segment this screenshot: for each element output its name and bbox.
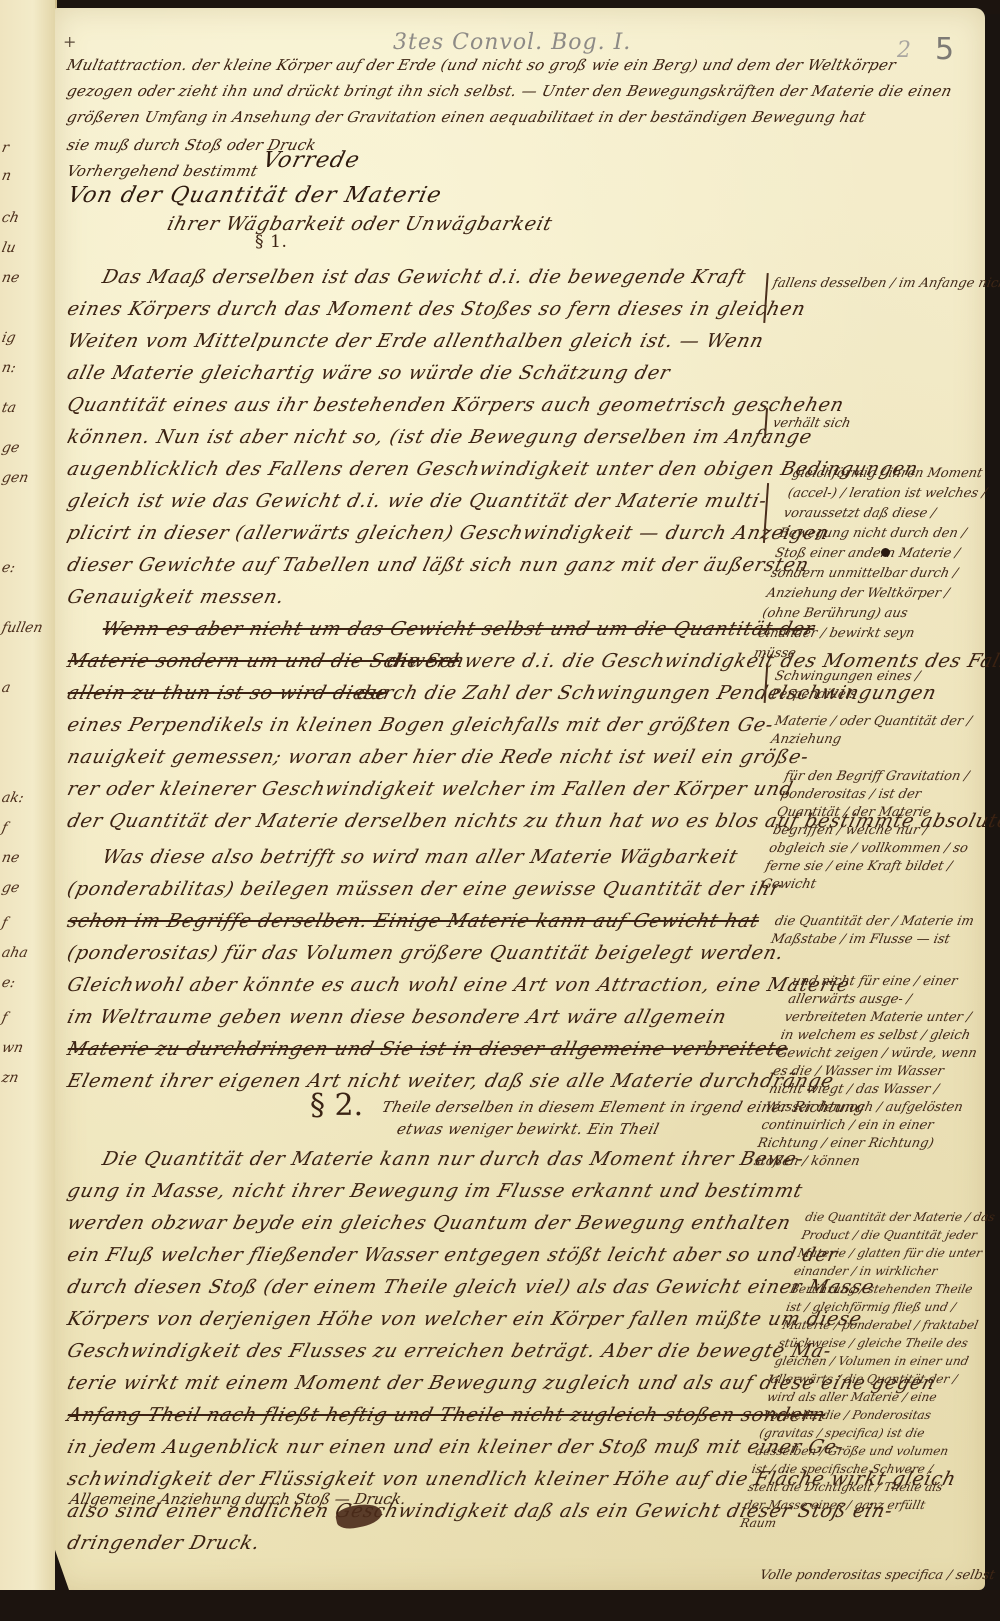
left-page-fragment: ge: [0, 880, 21, 896]
left-page-fragment: e:: [0, 975, 16, 991]
text-line: durch diesen Stoß (der einem Theile glei…: [65, 1276, 877, 1298]
text-line: nauigkeit gemessen; woran aber hier die …: [65, 746, 811, 768]
text-line: (ponderabilitas) beilegen müssen der ein…: [65, 878, 783, 900]
left-page-fragment: f: [0, 915, 9, 931]
left-page-fragment: n:: [0, 360, 17, 376]
header-line: Vorhergehend bestimmt: [65, 162, 260, 180]
left-page-fragment: ne: [0, 270, 21, 286]
left-page-fragment: n: [0, 168, 12, 184]
text-line: dieser Gewichte auf Tabellen und läßt si…: [65, 554, 812, 576]
struck-text-line: allein zu thun ist so wird diese: [65, 682, 391, 704]
text-line: Quantität eines aus ihr bestehenden Körp…: [65, 394, 847, 416]
previous-page-edge: r n ch lu ne ig n: ta ge gen e: fullen a…: [0, 0, 57, 1590]
text-line: etwas weniger bewirkt. Ein Theil: [395, 1120, 661, 1138]
left-page-fragment: ak:: [0, 790, 25, 806]
margin-note: für den Begriff Gravitation / ponderosit…: [760, 768, 987, 894]
left-page-fragment: wn: [0, 1040, 24, 1056]
left-page-fragment: a: [0, 680, 12, 696]
text-line: schon im Begriffe derselben. Einige Mate…: [65, 910, 762, 932]
left-page-fragment: ch: [0, 210, 20, 226]
left-page-fragment: ge: [0, 440, 21, 456]
text-line: Körpers von derjenigen Höhe von welcher …: [65, 1308, 864, 1330]
text-line: im Weltraume geben wenn diese besondere …: [65, 1006, 729, 1028]
left-page-fragment: aha: [0, 945, 29, 961]
text-line: werden obzwar beyde ein gleiches Quantum…: [65, 1212, 793, 1234]
left-page-fragment: gen: [0, 470, 30, 486]
left-page-fragment: r: [0, 140, 10, 156]
margin-note: verhält sich: [771, 416, 852, 431]
left-page-fragment: ta: [0, 400, 17, 416]
text-line: plicirt in dieser (allerwärts gleichen) …: [65, 522, 831, 544]
section-1-marker: § 1.: [255, 232, 288, 252]
text-line: dringender Druck.: [65, 1532, 263, 1554]
text-line: Was diese also betrifft so wird man alle…: [100, 846, 740, 868]
folio-pencil-number: 2: [897, 38, 911, 63]
ink-dot: [881, 548, 890, 557]
struck-text-line: Materie zu durchdringen und Sie ist in d…: [65, 1038, 791, 1060]
left-page-fragment: f: [0, 1010, 9, 1026]
text-line: (ponderositas) für das Volumen größere Q…: [65, 942, 786, 964]
left-page-fragment: f: [0, 820, 9, 836]
text-line: Gleichwohl aber könnte es auch wohl eine…: [65, 974, 852, 996]
margin-note: fallens desselben / im Anfange nicht im …: [771, 276, 1000, 291]
text-line: rer oder kleinerer Geschwindigkeit welch…: [65, 778, 796, 800]
left-page-fragment: ne: [0, 850, 21, 866]
margin-note: Materie / oder Quantität der / Anziehung: [769, 713, 977, 749]
closing-margin-line: Volle ponderositas specifica / selbst: [758, 1568, 996, 1583]
struck-text-line: Anfang Theil nach fließt heftig und Thei…: [65, 1404, 828, 1426]
text-line: Element ihrer eigenen Art nicht weiter, …: [65, 1070, 836, 1092]
text-line: Das Maaß derselben ist das Gewicht d.i. …: [100, 266, 748, 288]
title-line-1: Von der Quantität der Materie: [65, 183, 445, 208]
margin-note: gleichförmig / ihren Moment (accel-) / l…: [752, 464, 995, 664]
header-line: größeren Umfang in Ansehung der Gravitat…: [65, 108, 868, 126]
text-line: eines Körpers durch das Moment des Stoße…: [65, 298, 808, 320]
text-line: Geschwindigkeit des Flusses zu erreichen…: [65, 1340, 834, 1362]
text-line: alle Materie gleichartig wäre so würde d…: [65, 362, 673, 384]
struck-text-line: Wenn es aber nicht um das Gewicht selbst…: [100, 618, 817, 640]
margin-note: die Quantität der / Materie im Maßstabe …: [769, 913, 977, 949]
text-line: Die Quantität der Materie kann nur durch…: [100, 1148, 806, 1170]
text-line: gleich ist wie das Gewicht d.i. wie die …: [65, 490, 769, 512]
scan-border-bottom: [0, 1590, 1000, 1621]
corner-mark: +: [63, 32, 76, 51]
left-page-fragment: lu: [0, 240, 17, 256]
section-2-marker: § 2.: [310, 1088, 363, 1123]
left-page-fragment: ig: [0, 330, 17, 346]
text-line: gung in Masse, nicht ihrer Bewegung im F…: [65, 1180, 805, 1202]
text-line: Weiten vom Mittelpuncte der Erde allenth…: [65, 330, 766, 352]
left-page-fragment: fullen: [0, 620, 44, 636]
left-page-fragment: e:: [0, 560, 16, 576]
text-line: Genauigkeit messen.: [65, 586, 287, 608]
header-line: gezogen oder zieht ihn und drückt bringt…: [65, 82, 954, 100]
text-line: ein Fluß welcher fließender Wasser entge…: [65, 1244, 841, 1266]
archive-note: 3tes Convol. Bog. I.: [393, 30, 631, 55]
left-page-fragment: zn: [0, 1070, 20, 1086]
text-line: können. Nun ist aber nicht so, (ist die …: [65, 426, 815, 448]
text-line: in jedem Augenblick nur einen und ein kl…: [65, 1436, 846, 1458]
header-line: Multattraction. der kleine Körper auf de…: [65, 56, 898, 74]
text-line: eines Perpendikels in kleinen Bogen glei…: [65, 714, 776, 736]
folio-number: 5: [935, 32, 954, 67]
margin-note: und nicht für eine / einer allerwärts au…: [752, 973, 994, 1171]
margin-note: Schwingungen eines / Perpendikels: [769, 668, 977, 704]
preface-heading: Vorrede: [260, 148, 363, 173]
manuscript-page: + 3tes Convol. Bog. I. 2 5 Multattractio…: [55, 8, 985, 1590]
page-fold-corner: [55, 1550, 69, 1590]
title-line-2: ihrer Wägbarkeit oder Unwägbarkeit: [165, 213, 555, 235]
